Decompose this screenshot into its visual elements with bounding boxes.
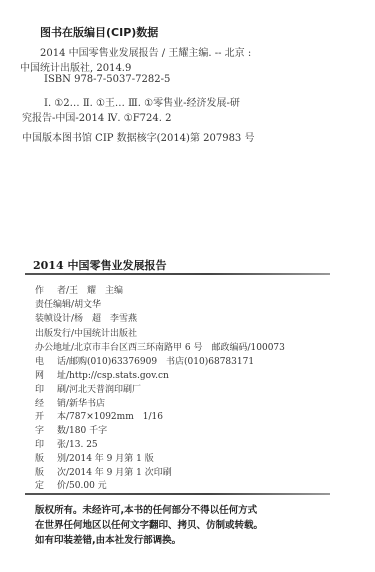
divider	[25, 493, 330, 495]
info-row: 责任编辑/胡文华	[35, 297, 101, 310]
cip-line: 究报告-中国-2014 Ⅳ. ①F724. 2	[22, 109, 171, 124]
info-row: 办公地址/北京市丰台区西三环南路甲 6 号 邮政编码/100073	[35, 340, 285, 353]
info-row: 作者/王 耀 主编	[35, 283, 123, 296]
info-row: 版别/2014 年 9 月第 1 版	[35, 451, 154, 464]
copyright-line: 版权所有。未经许可,本书的任何部分不得以任何方式	[35, 502, 257, 516]
cip-line: Ⅰ. ①2… Ⅱ. ①王… Ⅲ. ①零售业-经济发展-研	[44, 94, 240, 109]
info-row: 版次/2014 年 9 月第 1 次印刷	[35, 465, 172, 478]
copyright-line: 在世界任何地区以任何文字翻印、拷贝、仿制或转载。	[35, 517, 263, 531]
info-row: 经销/新华书店	[35, 396, 105, 409]
cip-line: ISBN 978-7-5037-7282-5	[44, 74, 170, 85]
copyright-line: 如有印装差错,由本社发行部调换。	[35, 532, 181, 546]
info-row: 出版发行/中国统计出版社	[35, 326, 137, 339]
info-row: 网址/http://csp.stats.gov.cn	[35, 368, 169, 381]
divider	[25, 273, 330, 275]
info-row: 开本/787×1092mm 1/16	[35, 409, 163, 422]
info-row: 装帧设计/杨 超 李雪燕	[35, 311, 137, 324]
info-row: 印刷/河北天普润印刷厂	[35, 382, 141, 395]
info-row: 印张/13. 25	[35, 437, 98, 450]
cip-heading: 图书在版编目(CIP)数据	[40, 24, 158, 40]
cip-line: 2014 中国零售业发展报告 / 王耀主编. -- 北京 :	[40, 44, 251, 59]
info-row: 定价/50.00 元	[35, 478, 107, 491]
info-row: 电话/邮购(010)63376909 书店(010)68783171	[35, 354, 254, 367]
cip-line: 中国版本图书馆 CIP 数据核字(2014)第 207983 号	[22, 129, 254, 144]
cip-line: 中国统计出版社, 2014.9	[20, 59, 131, 74]
info-row: 字数/180 千字	[35, 423, 107, 436]
book-title: 2014 中国零售业发展报告	[33, 257, 166, 273]
